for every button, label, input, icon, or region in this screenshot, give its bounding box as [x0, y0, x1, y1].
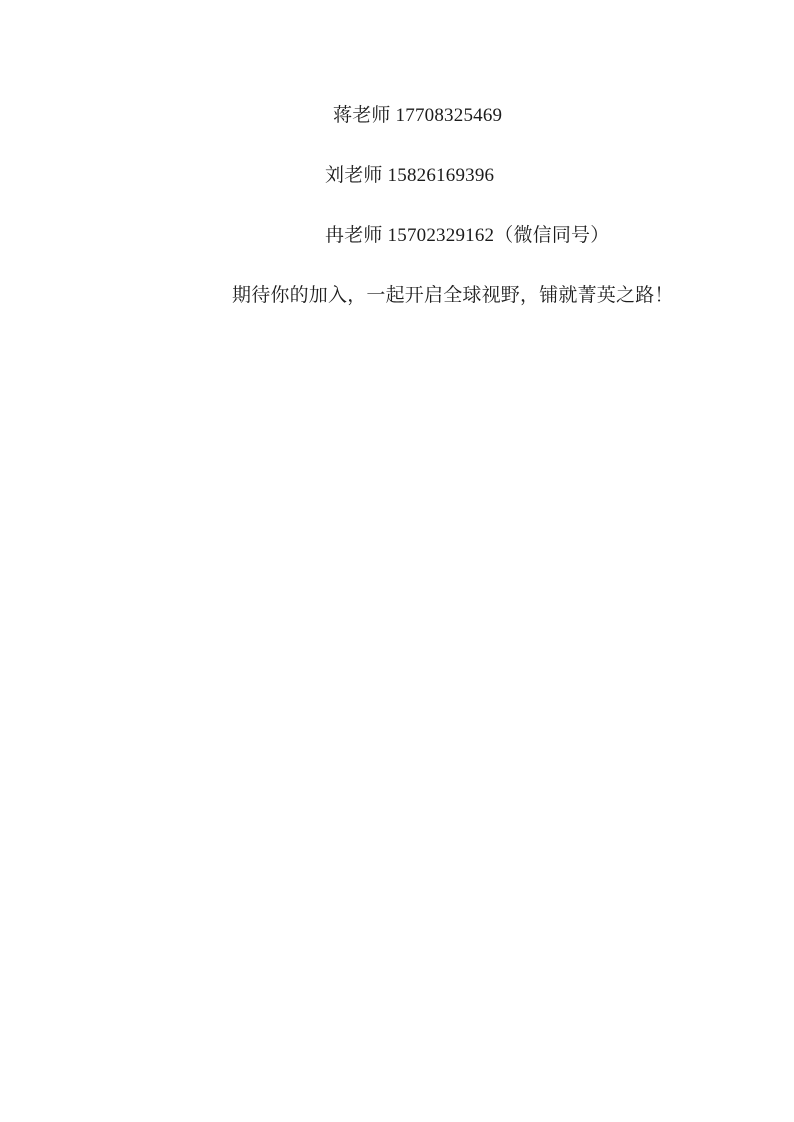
contact-line-ran: 冉老师 15702329162（微信同号）	[325, 224, 609, 247]
contact-line-liu: 刘老师 15826169396	[325, 164, 494, 187]
contact-line-jiang: 蒋老师 17708325469	[333, 104, 502, 127]
document-page: 蒋老师 17708325469 刘老师 15826169396 冉老师 1570…	[0, 0, 794, 1122]
closing-slogan: 期待你的加入，一起开启全球视野，铺就菁英之路！	[232, 284, 674, 307]
